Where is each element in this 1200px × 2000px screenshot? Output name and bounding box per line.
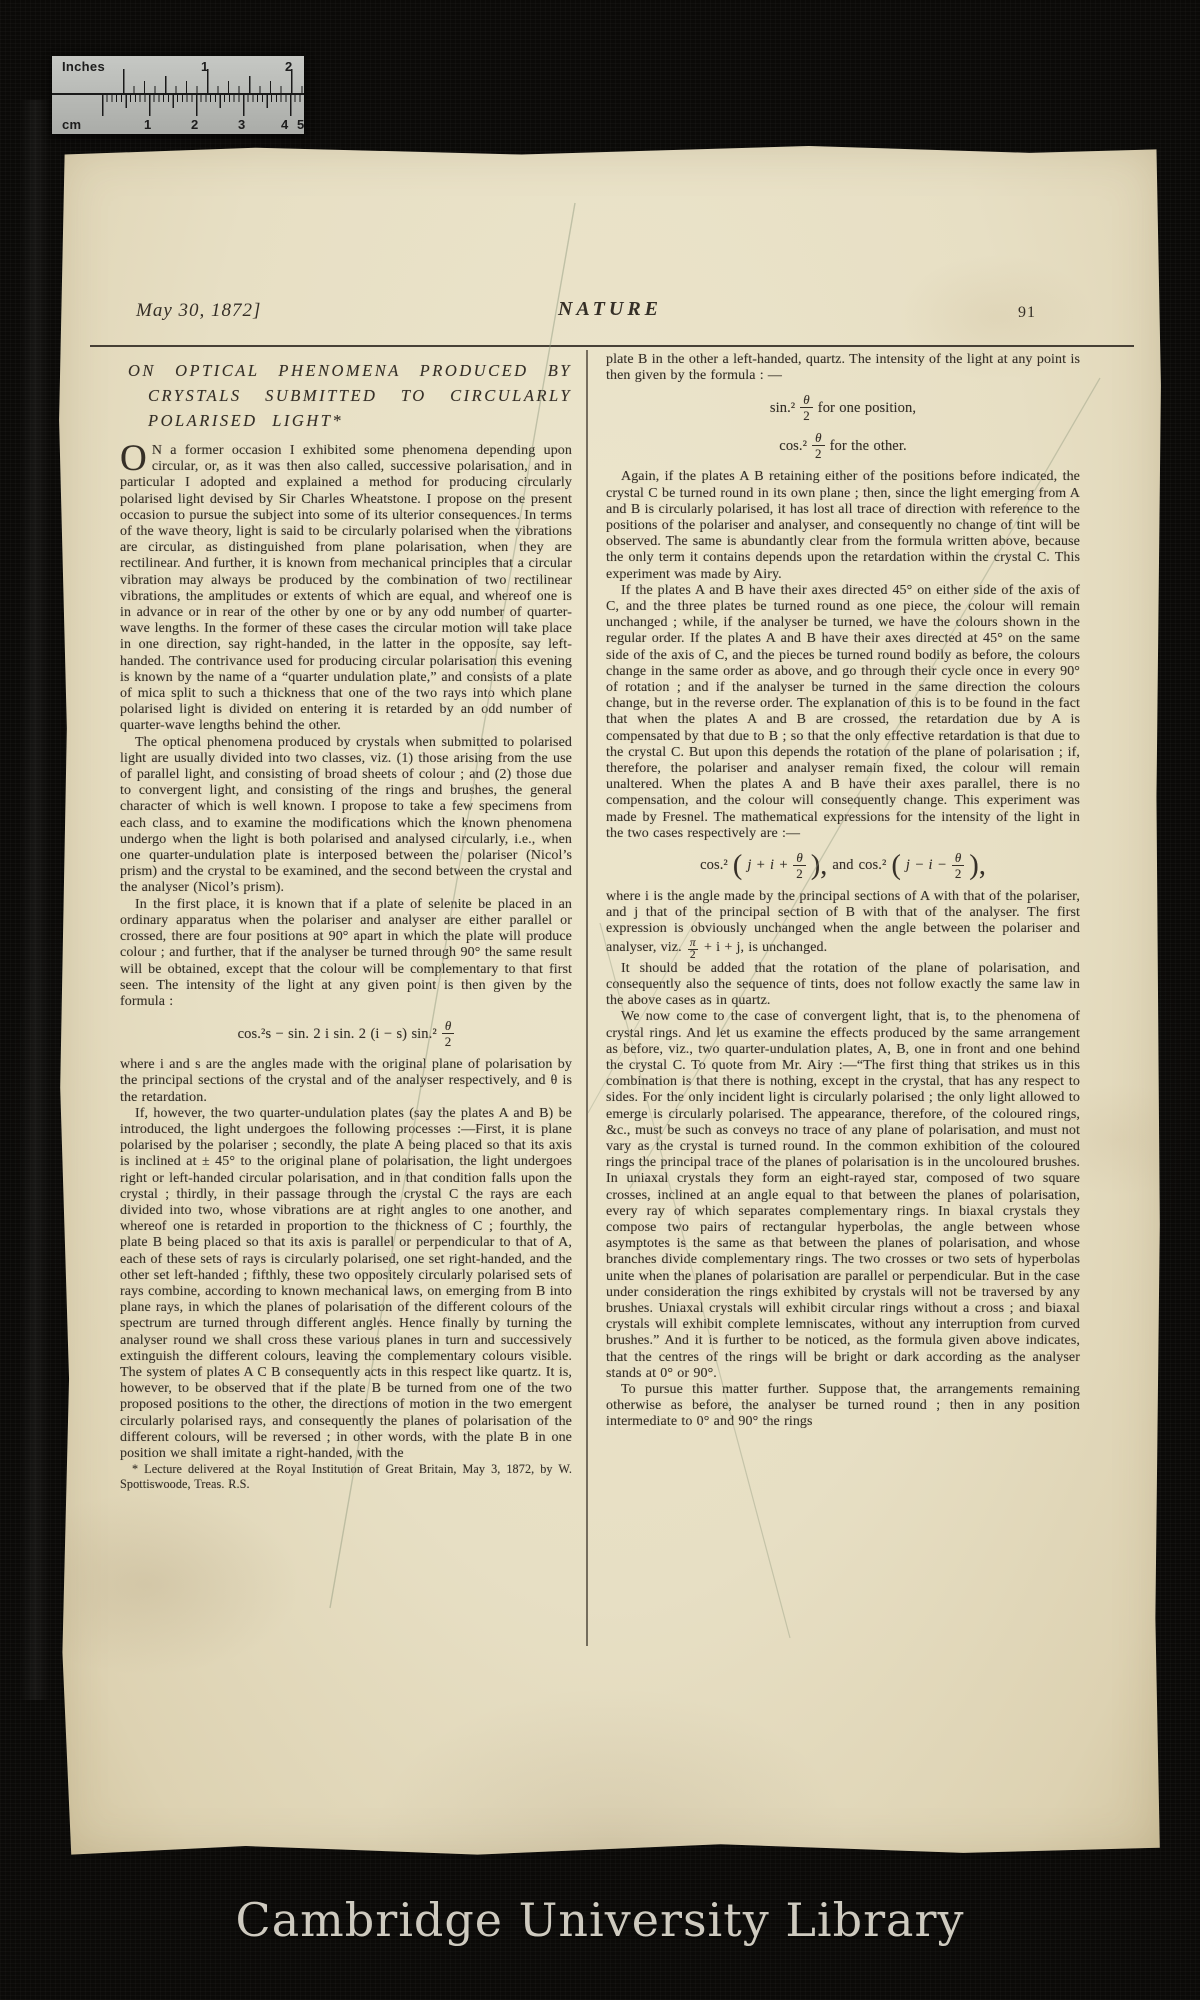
measuring-ruler: Inches 1 2 cm 1 2 3 4 5	[52, 56, 304, 134]
paragraph: To pursue this matter further. Suppose t…	[606, 1382, 1080, 1431]
paragraph: The optical phenomena produced by crysta…	[120, 735, 572, 897]
journal-page: May 30, 1872] NATURE 91 ON OPTICAL PHENO…	[58, 146, 1162, 1858]
ruler-cm-2: 2	[191, 117, 199, 132]
paragraph-text: where i is the angle made by the princip…	[606, 889, 1080, 955]
formula-text: cos.²	[779, 438, 807, 454]
ruler-inch-1: 1	[201, 59, 209, 74]
column-divider	[586, 350, 588, 1646]
ruler-inch-2: 2	[285, 59, 293, 74]
formula-text: for the other.	[830, 438, 907, 454]
theta-over-two-fraction: θ2	[800, 393, 813, 422]
paragraph-with-inline-fraction: where i is the angle made by the princip…	[606, 889, 1080, 961]
opening-paragraph: ON a former occasion I exhibited some ph…	[120, 443, 572, 735]
formula-text: for one position,	[818, 400, 916, 416]
paragraph: It should be added that the rotation of …	[606, 961, 1080, 1010]
paragraph-text: + i + j, is unchanged.	[704, 940, 827, 955]
ruler-cm-label: cm	[62, 117, 81, 132]
right-paren: ),	[969, 853, 986, 879]
ruler-cm-scale	[52, 95, 304, 134]
formula-text: cos.²	[700, 857, 728, 873]
library-credit: Cambridge University Library	[0, 1893, 1200, 1947]
right-paren: ),	[811, 853, 828, 879]
drop-cap: O	[120, 443, 152, 473]
paragraph: In the first place, it is known that if …	[120, 897, 572, 1010]
ruler-inches-label: Inches	[62, 59, 105, 74]
theta-over-two-fraction: θ2	[793, 851, 806, 880]
intensity-formula: cos.²s − sin. 2 i sin. 2 (i − s) sin.² θ…	[120, 1019, 572, 1048]
paragraph: Again, if the plates A B retaining eithe…	[606, 469, 1080, 582]
article-title: ON OPTICAL PHENOMENA PRODUCED BY CRYSTAL…	[120, 358, 572, 433]
cos-position-formula: cos.² θ2 for the other.	[606, 431, 1080, 460]
cloth-fold	[20, 100, 50, 1700]
scan-canvas: { "colors": { "background": "#0b0a08", "…	[0, 0, 1200, 2000]
paragraph: If, however, the two quarter-undulation …	[120, 1106, 572, 1462]
formula-text: j + i +	[747, 857, 788, 873]
left-paren: (	[891, 853, 900, 879]
formula-text: cos.²	[859, 857, 887, 873]
article-title-line: ON OPTICAL PHENOMENA PRODUCED BY	[120, 358, 572, 383]
article-title-line: POLARISED LIGHT*	[120, 408, 572, 433]
header-rule	[90, 345, 1134, 347]
ruler-cm-4: 4	[281, 117, 289, 132]
pi-over-two-fraction: π2	[688, 938, 698, 961]
lecture-footnote: * Lecture delivered at the Royal Institu…	[120, 1462, 572, 1491]
theta-over-two-fraction: θ2	[812, 431, 825, 460]
paragraph: plate B in the other a left-handed, quar…	[606, 352, 1080, 384]
paragraph-text: N a former occasion I exhibited some phe…	[120, 443, 572, 733]
theta-over-two-fraction: θ2	[952, 851, 965, 880]
page-number: 91	[1018, 304, 1036, 322]
paragraph: If the plates A and B have their axes di…	[606, 583, 1080, 842]
ruler-cm-3: 3	[238, 117, 246, 132]
formula-text: cos.²s − sin. 2 i sin. 2 (i − s) sin.²	[238, 1026, 437, 1042]
sin-position-formula: sin.² θ2 for one position,	[606, 393, 1080, 422]
left-paren: (	[733, 853, 742, 879]
formula-text: j − i −	[906, 857, 947, 873]
ruler-cm-1: 1	[144, 117, 152, 132]
theta-over-two-fraction: θ2	[442, 1019, 455, 1048]
formula-text: sin.²	[770, 400, 795, 416]
article-title-line: CRYSTALS SUBMITTED TO CIRCULARLY	[120, 383, 572, 408]
formula-text: and	[832, 857, 853, 873]
right-column: plate B in the other a left-handed, quar…	[606, 352, 1080, 1431]
left-column: ON OPTICAL PHENOMENA PRODUCED BY CRYSTAL…	[120, 358, 572, 1491]
journal-title: NATURE	[58, 298, 1162, 321]
paragraph: where i and s are the angles made with t…	[120, 1057, 572, 1106]
two-cases-formula: cos.² ( j + i + θ2 ), and cos.² ( j − i …	[606, 851, 1080, 880]
paragraph: We now come to the case of convergent li…	[606, 1009, 1080, 1382]
ruler-cm-5: 5	[297, 117, 305, 132]
